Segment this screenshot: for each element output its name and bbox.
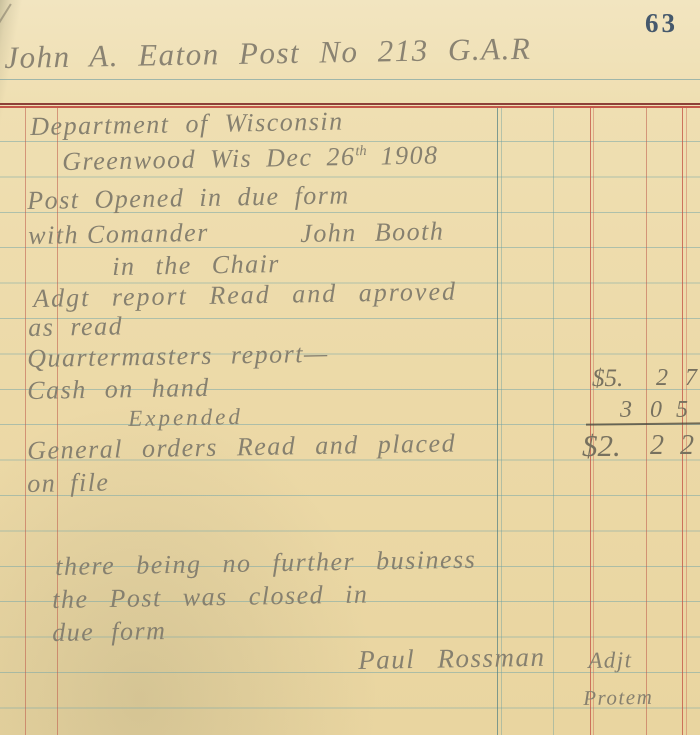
cash-on-hand-line: Cash on hand	[27, 373, 210, 406]
commander-name: John Booth	[300, 216, 445, 249]
header-double-red-rule-bright	[0, 106, 700, 108]
column-rule-blue-2	[501, 108, 502, 735]
column-rule-blue-3	[553, 108, 554, 735]
header-double-red-rule-dark	[0, 103, 700, 105]
column-rule-blue-1	[497, 108, 498, 735]
header-rule-line	[0, 79, 700, 80]
on-file-line: on file	[27, 468, 110, 499]
date-line-superscript: th	[355, 143, 366, 159]
amount-row3-dollars: $2.	[582, 428, 621, 464]
commander-line: with Comander	[28, 218, 209, 251]
amount-row1-cents: 7	[685, 365, 697, 392]
as-read-line: as read	[28, 311, 123, 343]
left-margin-rule-1	[25, 108, 26, 735]
signature-title: Adjt	[588, 647, 633, 674]
amount-row2-cents: 5	[676, 397, 688, 424]
signature-name: Paul Rossman	[358, 642, 546, 676]
department-line: Department of Wisconsin	[30, 107, 344, 142]
amount-row2-dimes: 0	[650, 397, 662, 424]
pencil-corner-mark	[0, 3, 12, 26]
amount-row3-cents: 2	[680, 430, 694, 462]
page-number: 63	[645, 8, 678, 39]
quartermaster-line: Quartermasters report—	[27, 339, 329, 374]
date-line-prefix: Greenwood Wis Dec 26	[62, 142, 356, 176]
amount-row1-dimes: 2	[656, 365, 668, 392]
closing-line-2: the Post was closed in	[52, 579, 369, 615]
post-header-title: John A. Eaton Post No 213 G.A.R	[4, 31, 532, 76]
chair-line: in the Chair	[112, 249, 280, 282]
amount-column-rule-2	[646, 108, 647, 735]
amount-row3-dimes: 2	[650, 430, 664, 462]
signature-title-qualifier: Protem	[583, 685, 653, 711]
ledger-page: 63 John A. Eaton Post No 213 G.A.R Depar…	[0, 0, 700, 735]
post-opened-line: Post Opened in due form	[27, 180, 350, 216]
date-line-year: 1908	[380, 140, 438, 170]
expended-line: Expended	[128, 404, 243, 432]
amount-column-rule-1b	[593, 108, 594, 735]
amount-row1-dollars: $5.	[592, 365, 623, 393]
closing-line-3: due form	[52, 616, 167, 648]
amount-row2-dollars: 3	[620, 397, 632, 424]
amount-column-rule-1a	[590, 108, 591, 735]
